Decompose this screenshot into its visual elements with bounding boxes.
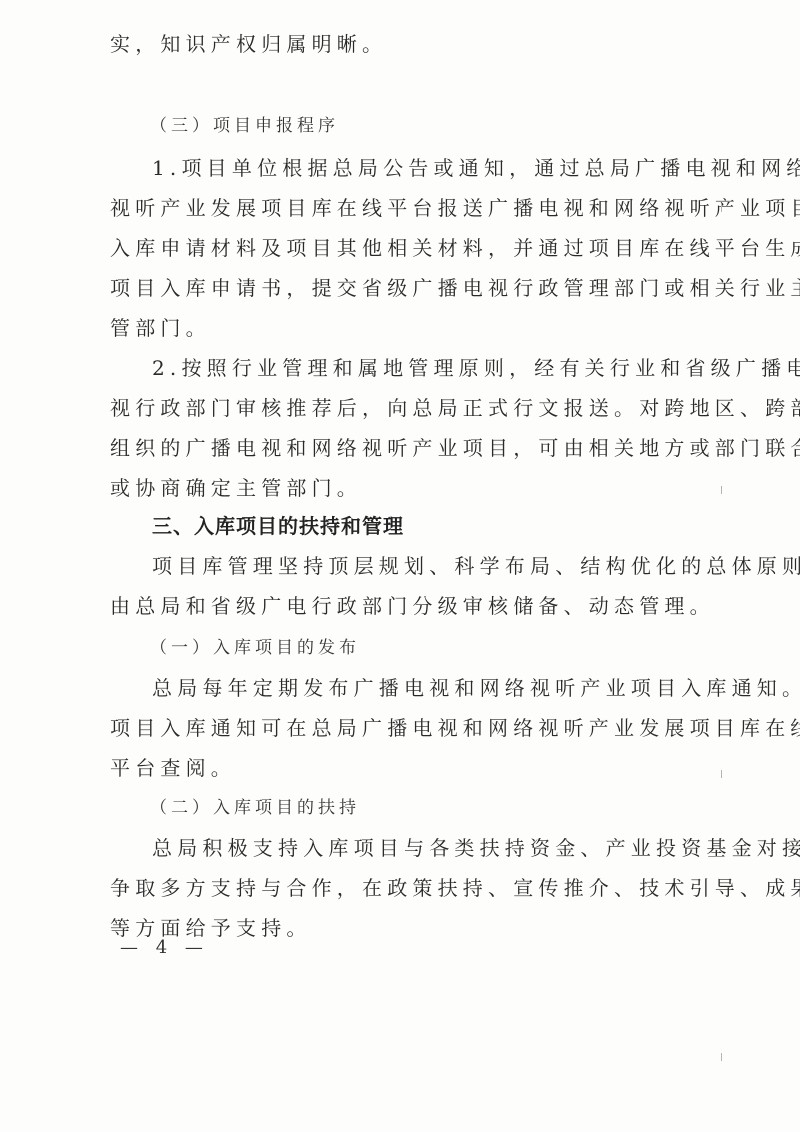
paragraph-line: 实，知识产权归属明晰。 [110, 30, 710, 58]
paragraph-line: 项目入库通知可在总局广播电视和网络视听产业发展项目库在线 [110, 714, 710, 742]
subsection-heading-project-support: （二）入库项目的扶持 [150, 796, 360, 820]
paragraph-line: 组织的广播电视和网络视听产业项目，可由相关地方或部门联合 [110, 434, 710, 462]
paragraph-line: 项目库管理坚持顶层规划、科学布局、结构优化的总体原则， [152, 552, 710, 580]
paragraph-line: 2.按照行业管理和属地管理原则，经有关行业和省级广播电 [152, 354, 710, 382]
paragraph-line: 由总局和省级广电行政部门分级审核储备、动态管理。 [110, 592, 710, 620]
scan-margin-mark [721, 770, 722, 778]
paragraph-line: 视行政部门审核推荐后，向总局正式行文报送。对跨地区、跨部门 [110, 394, 710, 422]
paragraph-line: 视听产业发展项目库在线平台报送广播电视和网络视听产业项目 [110, 194, 710, 222]
paragraph-line: 管部门。 [110, 314, 710, 342]
document-page: 实，知识产权归属明晰。 （三）项目申报程序 1.项目单位根据总局公告或通知，通过… [0, 0, 800, 1132]
subsection-heading-application-procedure: （三）项目申报程序 [150, 114, 339, 138]
paragraph-line: 入库申请材料及项目其他相关材料，并通过项目库在线平台生成 [110, 234, 710, 262]
page-number: — 4 — [120, 936, 209, 960]
paragraph-line: 1.项目单位根据总局公告或通知，通过总局广播电视和网络 [152, 154, 710, 182]
section-heading-support-and-management: 三、入库项目的扶持和管理 [152, 512, 404, 540]
paragraph-line: 总局积极支持入库项目与各类扶持资金、产业投资基金对接， [152, 834, 710, 862]
scan-margin-mark [721, 204, 722, 212]
paragraph-line: 总局每年定期发布广播电视和网络视听产业项目入库通知。 [152, 674, 710, 702]
scan-margin-mark [721, 1053, 722, 1061]
paragraph-line: 项目入库申请书，提交省级广播电视行政管理部门或相关行业主 [110, 274, 710, 302]
subsection-heading-project-release: （一）入库项目的发布 [150, 636, 360, 660]
paragraph-line: 或协商确定主管部门。 [110, 474, 710, 502]
scan-margin-mark [721, 486, 722, 494]
paragraph-line: 争取多方支持与合作，在政策扶持、宣传推介、技术引导、成果应用 [110, 874, 710, 902]
paragraph-line: 平台查阅。 [110, 754, 710, 782]
